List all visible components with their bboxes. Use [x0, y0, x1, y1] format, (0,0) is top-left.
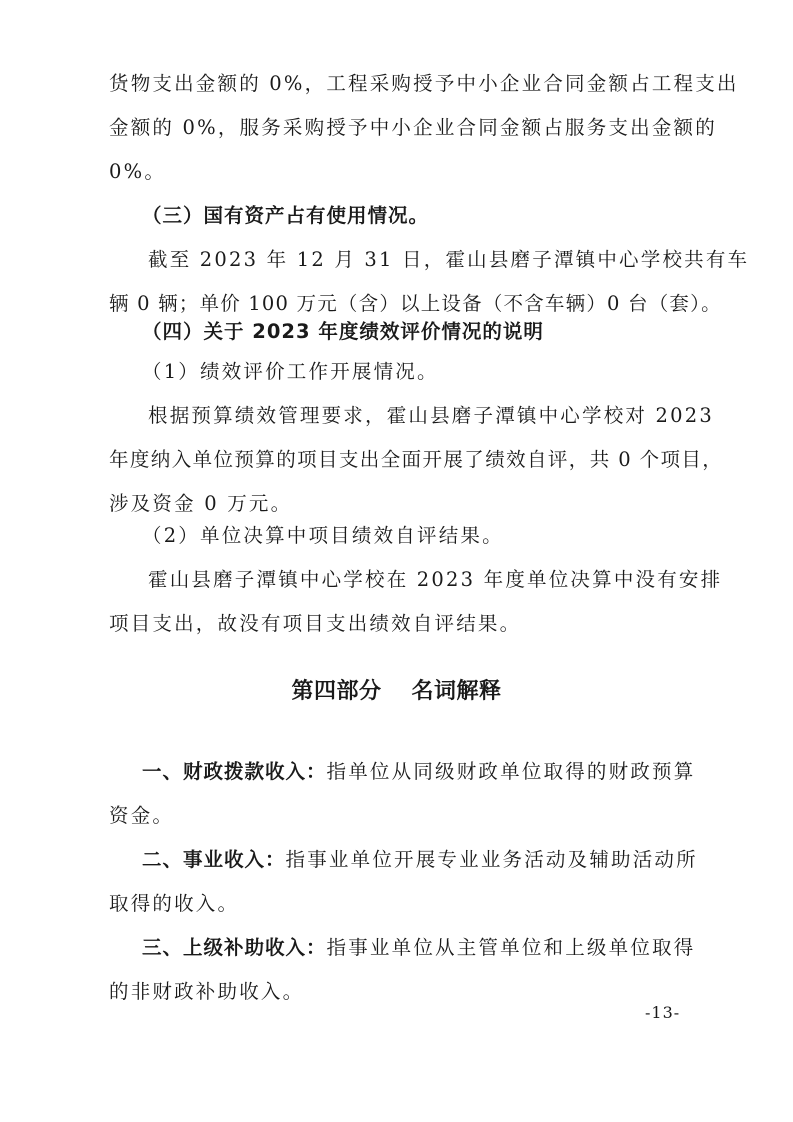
part-title-name: 名词解释	[412, 678, 502, 704]
part-title-number: 第四部分	[291, 678, 381, 704]
paragraph-line: 截至 2023 年 12 月 31 日，霍山县磨子潭镇中心学校共有车	[148, 246, 733, 274]
term-entry: 一、财政拨款收入：指单位从同级财政单位取得的财政预算	[142, 758, 727, 786]
term-definition-line: 资金。	[109, 802, 694, 830]
paragraph-line: 涉及资金 0 万元。	[109, 490, 694, 518]
section-heading-performance: （四）关于 2023 年度绩效评价情况的说明	[142, 318, 727, 346]
paragraph-line: 辆 0 辆；单价 100 万元（含）以上设备（不含车辆）0 台（套）。	[109, 290, 694, 318]
subsection-heading-1: （1）绩效评价工作开展情况。	[142, 358, 727, 386]
page-number: -13-	[645, 1003, 680, 1023]
paragraph-line: 根据预算绩效管理要求，霍山县磨子潭镇中心学校对 2023	[148, 402, 733, 430]
term-definition: 指事业单位从主管单位和上级单位取得	[327, 936, 696, 959]
term-label: 二、事业收入：	[142, 848, 286, 871]
paragraph-line: 霍山县磨子潭镇中心学校在 2023 年度单位决算中没有安排	[148, 566, 733, 594]
term-definition: 指事业单位开展专业业务活动及辅助活动所	[286, 848, 698, 871]
subsection-heading-2: （2）单位决算中项目绩效自评结果。	[142, 522, 727, 550]
term-entry: 二、事业收入：指事业单位开展专业业务活动及辅助活动所	[142, 846, 727, 874]
paragraph-line: 项目支出，故没有项目支出绩效自评结果。	[109, 610, 694, 638]
term-definition-line: 的非财政补助收入。	[109, 978, 694, 1006]
paragraph-line: 金额的 0%，服务采购授予中小企业合同金额占服务支出金额的	[109, 114, 694, 142]
term-label: 三、上级补助收入：	[142, 936, 327, 959]
paragraph-line: 0%。	[109, 158, 694, 186]
document-page: 货物支出金额的 0%，工程采购授予中小企业合同金额占工程支出 金额的 0%，服务…	[0, 0, 793, 1122]
term-definition: 指单位从同级财政单位取得的财政预算	[327, 760, 696, 783]
term-entry: 三、上级补助收入：指事业单位从主管单位和上级单位取得	[142, 934, 727, 962]
section-heading-assets: （三）国有资产占有使用情况。	[142, 202, 727, 230]
part-title: 第四部分名词解释	[0, 676, 793, 706]
paragraph-line: 货物支出金额的 0%，工程采购授予中小企业合同金额占工程支出	[109, 70, 694, 98]
paragraph-line: 年度纳入单位预算的项目支出全面开展了绩效自评，共 0 个项目，	[109, 446, 694, 474]
term-definition-line: 取得的收入。	[109, 890, 694, 918]
term-label: 一、财政拨款收入：	[142, 760, 327, 783]
